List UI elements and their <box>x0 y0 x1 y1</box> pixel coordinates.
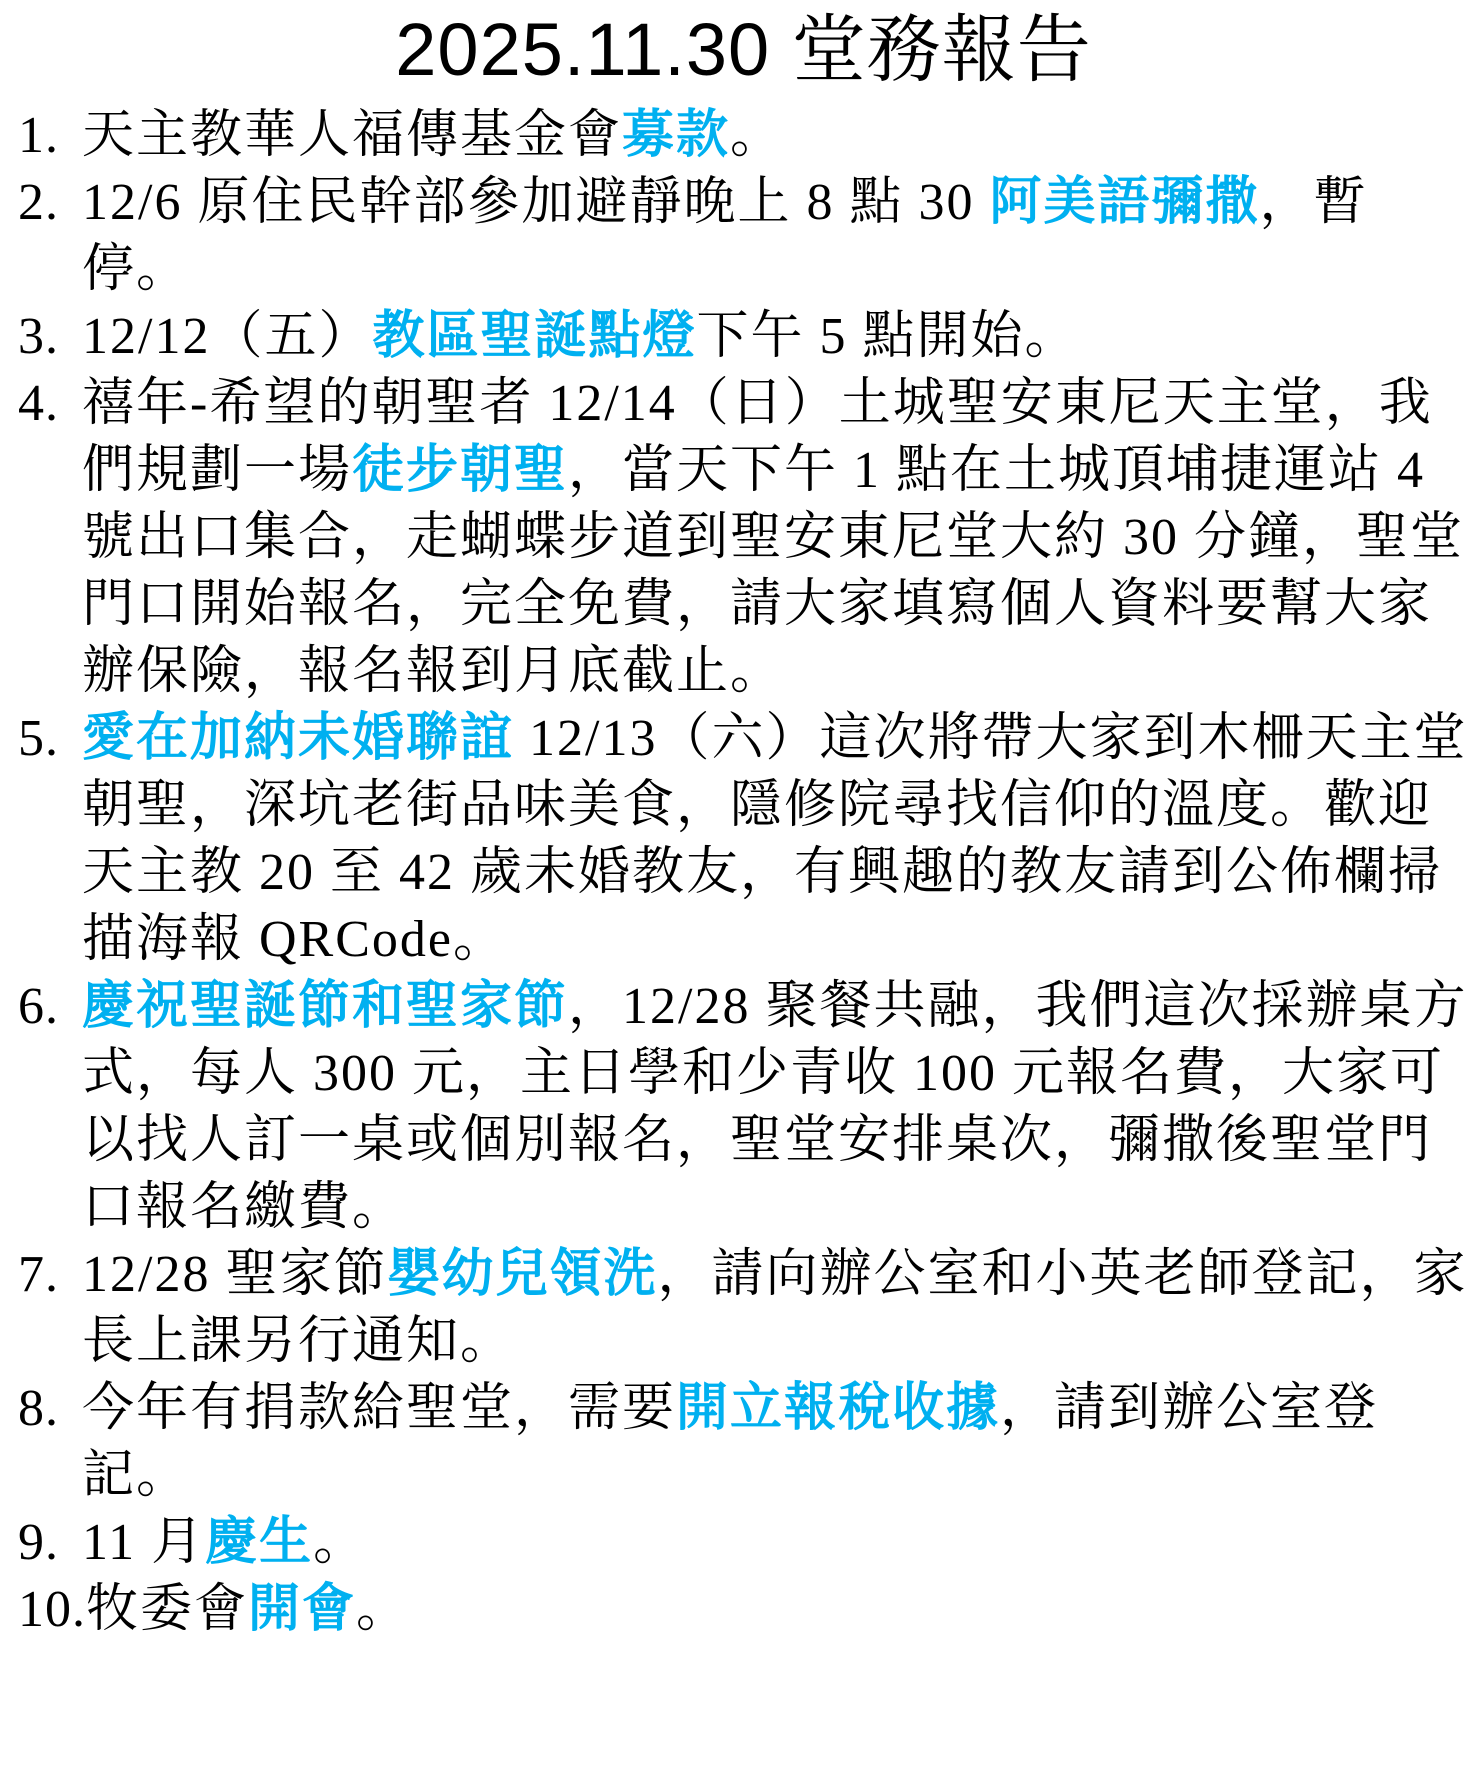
highlighted-term: 教區聖誕點燈 <box>372 308 696 365</box>
highlighted-term: 開立報稅收據 <box>676 1380 1000 1437</box>
text-segment: 。 <box>730 107 784 164</box>
item-number: 6. <box>18 973 82 1040</box>
highlighted-term: 阿美語彌撒 <box>989 174 1259 231</box>
item-number: 2. <box>18 169 82 236</box>
item-number: 4. <box>18 370 82 437</box>
highlighted-term: 開會 <box>248 1581 356 1638</box>
text-segment: 12/6 原住民幹部參加避靜晚上 8 點 30 <box>82 174 989 231</box>
item-number: 8. <box>18 1375 82 1442</box>
announcement-list: 1. 天主教華人福傳基金會募款。 2. 12/6 原住民幹部參加避靜晚上 8 點… <box>18 102 1469 1643</box>
highlighted-term: 愛在加納未婚聯誼 <box>82 710 514 767</box>
item-content: 今年有捐款給聖堂，需要開立報稅收據，請到辦公室登記。 <box>82 1375 1469 1509</box>
announcement-item: 10. 牧委會開會。 <box>18 1576 1469 1643</box>
highlighted-term: 募款 <box>622 107 730 164</box>
text-segment: 12/28 聖家節 <box>82 1246 387 1303</box>
item-content: 慶祝聖誕節和聖家節，12/28 聚餐共融，我們這次採辦桌方式，每人 300 元，… <box>82 973 1469 1241</box>
item-content: 12/6 原住民幹部參加避靜晚上 8 點 30 阿美語彌撒，暫停。 <box>82 169 1469 303</box>
item-number: 3. <box>18 303 82 370</box>
announcement-item: 1. 天主教華人福傳基金會募款。 <box>18 102 1469 169</box>
highlighted-term: 嬰幼兒領洗 <box>387 1246 657 1303</box>
announcement-item: 5. 愛在加納未婚聯誼 12/13（六）這次將帶大家到木柵天主堂朝聖，深坑老街品… <box>18 705 1469 973</box>
item-number: 10. <box>18 1576 86 1643</box>
text-segment: 今年有捐款給聖堂，需要 <box>82 1380 676 1437</box>
page-title: 2025.11.30 堂務報告 <box>18 4 1469 96</box>
announcement-item: 3. 12/12（五）教區聖誕點燈下午 5 點開始。 <box>18 303 1469 370</box>
highlighted-term: 慶生 <box>205 1514 313 1571</box>
announcement-item: 8. 今年有捐款給聖堂，需要開立報稅收據，請到辦公室登記。 <box>18 1375 1469 1509</box>
item-content: 愛在加納未婚聯誼 12/13（六）這次將帶大家到木柵天主堂朝聖，深坑老街品味美食… <box>82 705 1469 973</box>
item-content: 12/12（五）教區聖誕點燈下午 5 點開始。 <box>82 303 1469 370</box>
text-segment: 。 <box>313 1514 367 1571</box>
item-content: 牧委會開會。 <box>86 1576 1469 1643</box>
announcement-item: 6. 慶祝聖誕節和聖家節，12/28 聚餐共融，我們這次採辦桌方式，每人 300… <box>18 973 1469 1241</box>
text-segment: 11 月 <box>82 1514 205 1571</box>
text-segment: 天主教華人福傳基金會 <box>82 107 622 164</box>
text-segment: 12/12（五） <box>82 308 372 365</box>
item-content: 禧年-希望的朝聖者 12/14（日）土城聖安東尼天主堂，我們規劃一場徒步朝聖，當… <box>82 370 1469 705</box>
item-number: 1. <box>18 102 82 169</box>
item-content: 11 月慶生。 <box>82 1509 1469 1576</box>
item-content: 天主教華人福傳基金會募款。 <box>82 102 1469 169</box>
announcement-item: 9. 11 月慶生。 <box>18 1509 1469 1576</box>
item-number: 5. <box>18 705 82 772</box>
highlighted-term: 徒步朝聖 <box>352 442 568 499</box>
item-number: 9. <box>18 1509 82 1576</box>
item-content: 12/28 聖家節嬰幼兒領洗，請向辦公室和小英老師登記，家長上課另行通知。 <box>82 1241 1469 1375</box>
item-number: 7. <box>18 1241 82 1308</box>
announcement-item: 2. 12/6 原住民幹部參加避靜晚上 8 點 30 阿美語彌撒，暫停。 <box>18 169 1469 303</box>
announcement-item: 7. 12/28 聖家節嬰幼兒領洗，請向辦公室和小英老師登記，家長上課另行通知。 <box>18 1241 1469 1375</box>
text-segment: 。 <box>356 1581 410 1638</box>
text-segment: 牧委會 <box>86 1581 248 1638</box>
report-page: 2025.11.30 堂務報告 1. 天主教華人福傳基金會募款。 2. 12/6… <box>0 0 1483 1784</box>
highlighted-term: 慶祝聖誕節和聖家節 <box>82 978 568 1035</box>
text-segment: 下午 5 點開始。 <box>696 308 1078 365</box>
announcement-item: 4. 禧年-希望的朝聖者 12/14（日）土城聖安東尼天主堂，我們規劃一場徒步朝… <box>18 370 1469 705</box>
